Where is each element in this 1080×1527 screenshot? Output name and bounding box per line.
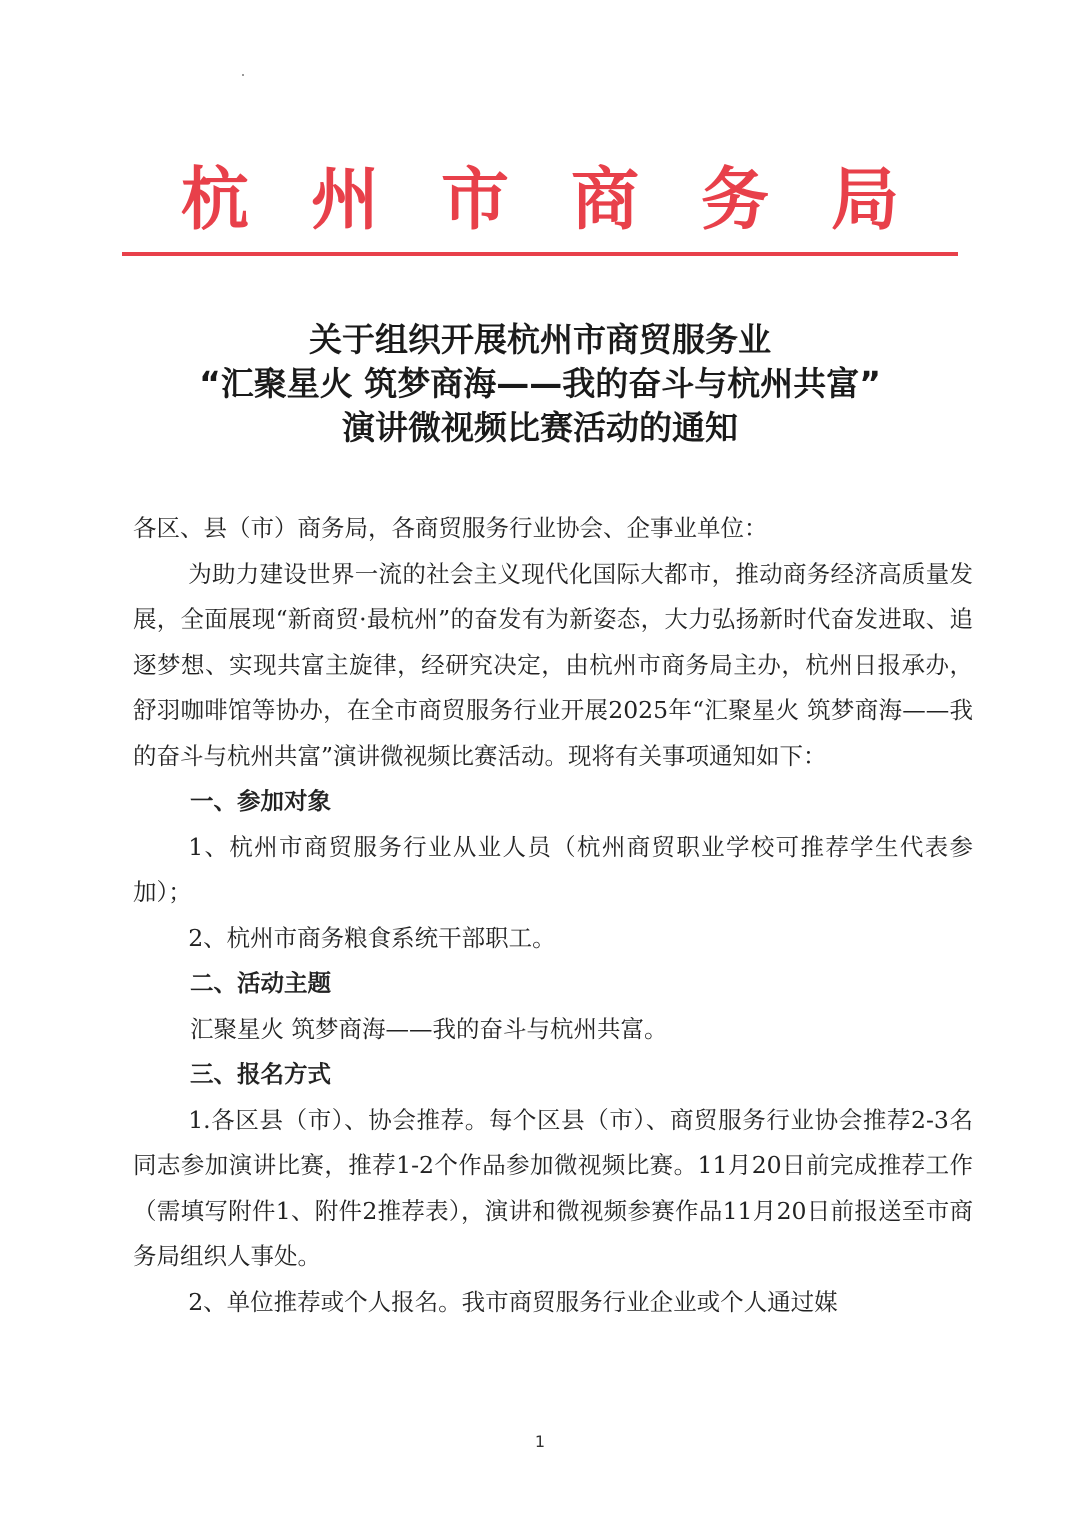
theme-text: 汇聚星火 筑梦商海——我的奋斗与杭州共富。 [133, 1007, 973, 1053]
section-heading-theme: 二、活动主题 [133, 961, 973, 1007]
title-line-1: 关于组织开展杭州市商贸服务业 [100, 318, 980, 362]
document-body: 各区、县（市）商务局，各商贸服务行业协会、企事业单位： 为助力建设世界一流的社会… [133, 506, 973, 1325]
letterhead-title: 杭州市商务局 [181, 160, 961, 240]
title-line-3: 演讲微视频比赛活动的通知 [100, 406, 980, 450]
scan-speck [242, 74, 244, 76]
participants-item-1: 1、杭州市商贸服务行业从业人员（杭州商贸职业学校可推荐学生代表参加）； [133, 825, 973, 916]
red-divider-rule [122, 252, 958, 256]
title-line-2: “汇聚星火 筑梦商海——我的奋斗与杭州共富” [100, 362, 980, 406]
document-title: 关于组织开展杭州市商贸服务业 “汇聚星火 筑梦商海——我的奋斗与杭州共富” 演讲… [100, 318, 980, 450]
registration-item-1: 1.各区县（市）、协会推荐。每个区县（市）、商贸服务行业协会推荐2-3名同志参加… [133, 1098, 973, 1280]
page-number: 1 [0, 1432, 1080, 1451]
registration-item-2: 2、单位推荐或个人报名。我市商贸服务行业企业或个人通过媒 [133, 1280, 973, 1326]
letterhead: 杭州市商务局 [0, 160, 1080, 240]
intro-paragraph: 为助力建设世界一流的社会主义现代化国际大都市，推动商务经济高质量发展，全面展现“… [133, 552, 973, 780]
section-heading-registration: 三、报名方式 [133, 1052, 973, 1098]
section-heading-participants: 一、参加对象 [133, 779, 973, 825]
participants-item-2: 2、杭州市商务粮食系统干部职工。 [133, 916, 973, 962]
salutation: 各区、县（市）商务局，各商贸服务行业协会、企事业单位： [133, 506, 973, 552]
